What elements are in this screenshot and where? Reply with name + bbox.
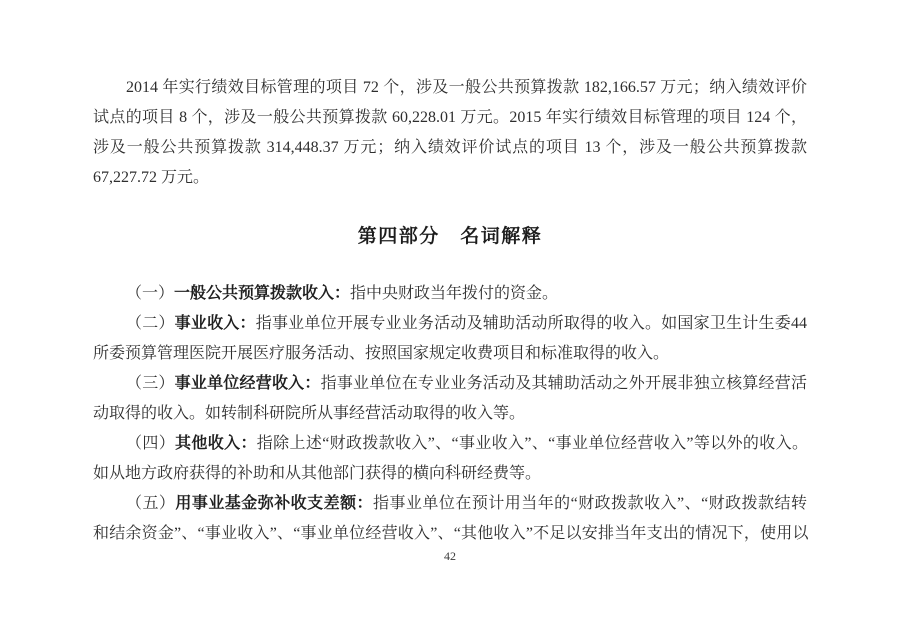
definition-item: （二）事业收入：指事业单位开展专业业务活动及辅助活动所取得的收入。如国家卫生计生… bbox=[93, 309, 807, 369]
definition-item: （五）用事业基金弥补收支差额：指事业单位在预计用当年的“财政拨款收入”、“财政拨… bbox=[93, 489, 807, 549]
definition-term: 事业收入： bbox=[175, 315, 256, 332]
definition-line: （二）事业收入：指事业单位开展专业业务活动及辅助活动所取得的收入。如国家卫生计生… bbox=[93, 309, 807, 339]
intro-line: 2014 年实行绩效目标管理的项目 72 个，涉及一般公共预算拨款 182,16… bbox=[93, 73, 807, 103]
definition-line: 动取得的收入。如转制科研院所从事经营活动取得的收入等。 bbox=[93, 399, 807, 429]
definition-number: （三） bbox=[126, 375, 175, 392]
intro-line: 试点的项目 8 个，涉及一般公共预算拨款 60,228.01 万元。2015 年… bbox=[93, 103, 807, 133]
section-heading: 第四部分 名词解释 bbox=[93, 222, 807, 252]
definition-term: 用事业基金弥补收支差额： bbox=[175, 495, 373, 512]
definition-term: 事业单位经营收入： bbox=[175, 375, 321, 392]
definition-text-line: 指事业单位在专业业务活动及其辅助活动之外开展非独立核算经营活 bbox=[321, 375, 807, 392]
definition-text-line: 指事业单位在预计用当年的“财政拨款收入”、“财政拨款结转 bbox=[373, 495, 807, 512]
definition-number: （四） bbox=[126, 435, 175, 452]
intro-line: 涉及一般公共预算拨款 314,448.37 万元；纳入绩效评价试点的项目 13 … bbox=[93, 133, 807, 163]
page-number: 42 bbox=[93, 547, 807, 565]
document-page: 2014 年实行绩效目标管理的项目 72 个，涉及一般公共预算拨款 182,16… bbox=[0, 0, 900, 636]
definition-item: （三）事业单位经营收入：指事业单位在专业业务活动及其辅助活动之外开展非独立核算经… bbox=[93, 369, 807, 429]
definition-line: 所委预算管理医院开展医疗服务活动、按照国家规定收费项目和标准取得的收入。 bbox=[93, 339, 807, 369]
definition-number: （五） bbox=[126, 495, 175, 512]
intro-line: 67,227.72 万元。 bbox=[93, 163, 807, 193]
definition-item: （四）其他收入：指除上述“财政拨款收入”、“事业收入”、“事业单位经营收入”等以… bbox=[93, 429, 807, 489]
definition-term: 其他收入： bbox=[175, 435, 257, 452]
definition-line: （三）事业单位经营收入：指事业单位在专业业务活动及其辅助活动之外开展非独立核算经… bbox=[93, 369, 807, 399]
intro-paragraph: 2014 年实行绩效目标管理的项目 72 个，涉及一般公共预算拨款 182,16… bbox=[93, 0, 807, 193]
definition-number: （二） bbox=[126, 315, 175, 332]
definition-text-line: 指中央财政当年拨付的资金。 bbox=[350, 285, 558, 302]
definition-line: （一）一般公共预算拨款收入：指中央财政当年拨付的资金。 bbox=[93, 279, 807, 309]
definition-line: （五）用事业基金弥补收支差额：指事业单位在预计用当年的“财政拨款收入”、“财政拨… bbox=[93, 489, 807, 519]
definition-text-line: 指事业单位开展专业业务活动及辅助活动所取得的收入。如国家卫生计生委44 bbox=[256, 315, 807, 332]
definition-number: （一） bbox=[126, 285, 174, 302]
definition-line: 如从地方政府获得的补助和从其他部门获得的横向科研经费等。 bbox=[93, 459, 807, 489]
definition-line: （四）其他收入：指除上述“财政拨款收入”、“事业收入”、“事业单位经营收入”等以… bbox=[93, 429, 807, 459]
definition-item: （一）一般公共预算拨款收入：指中央财政当年拨付的资金。 bbox=[93, 279, 807, 309]
definitions-list: （一）一般公共预算拨款收入：指中央财政当年拨付的资金。 （二）事业收入：指事业单… bbox=[93, 279, 807, 549]
definition-text-line: 指除上述“财政拨款收入”、“事业收入”、“事业单位经营收入”等以外的收入。 bbox=[257, 435, 807, 452]
document-content: 2014 年实行绩效目标管理的项目 72 个，涉及一般公共预算拨款 182,16… bbox=[93, 0, 807, 549]
definition-line: 和结余资金”、“事业收入”、“事业单位经营收入”、“其他收入”不足以安排当年支出… bbox=[93, 519, 807, 549]
definition-term: 一般公共预算拨款收入： bbox=[174, 285, 350, 302]
